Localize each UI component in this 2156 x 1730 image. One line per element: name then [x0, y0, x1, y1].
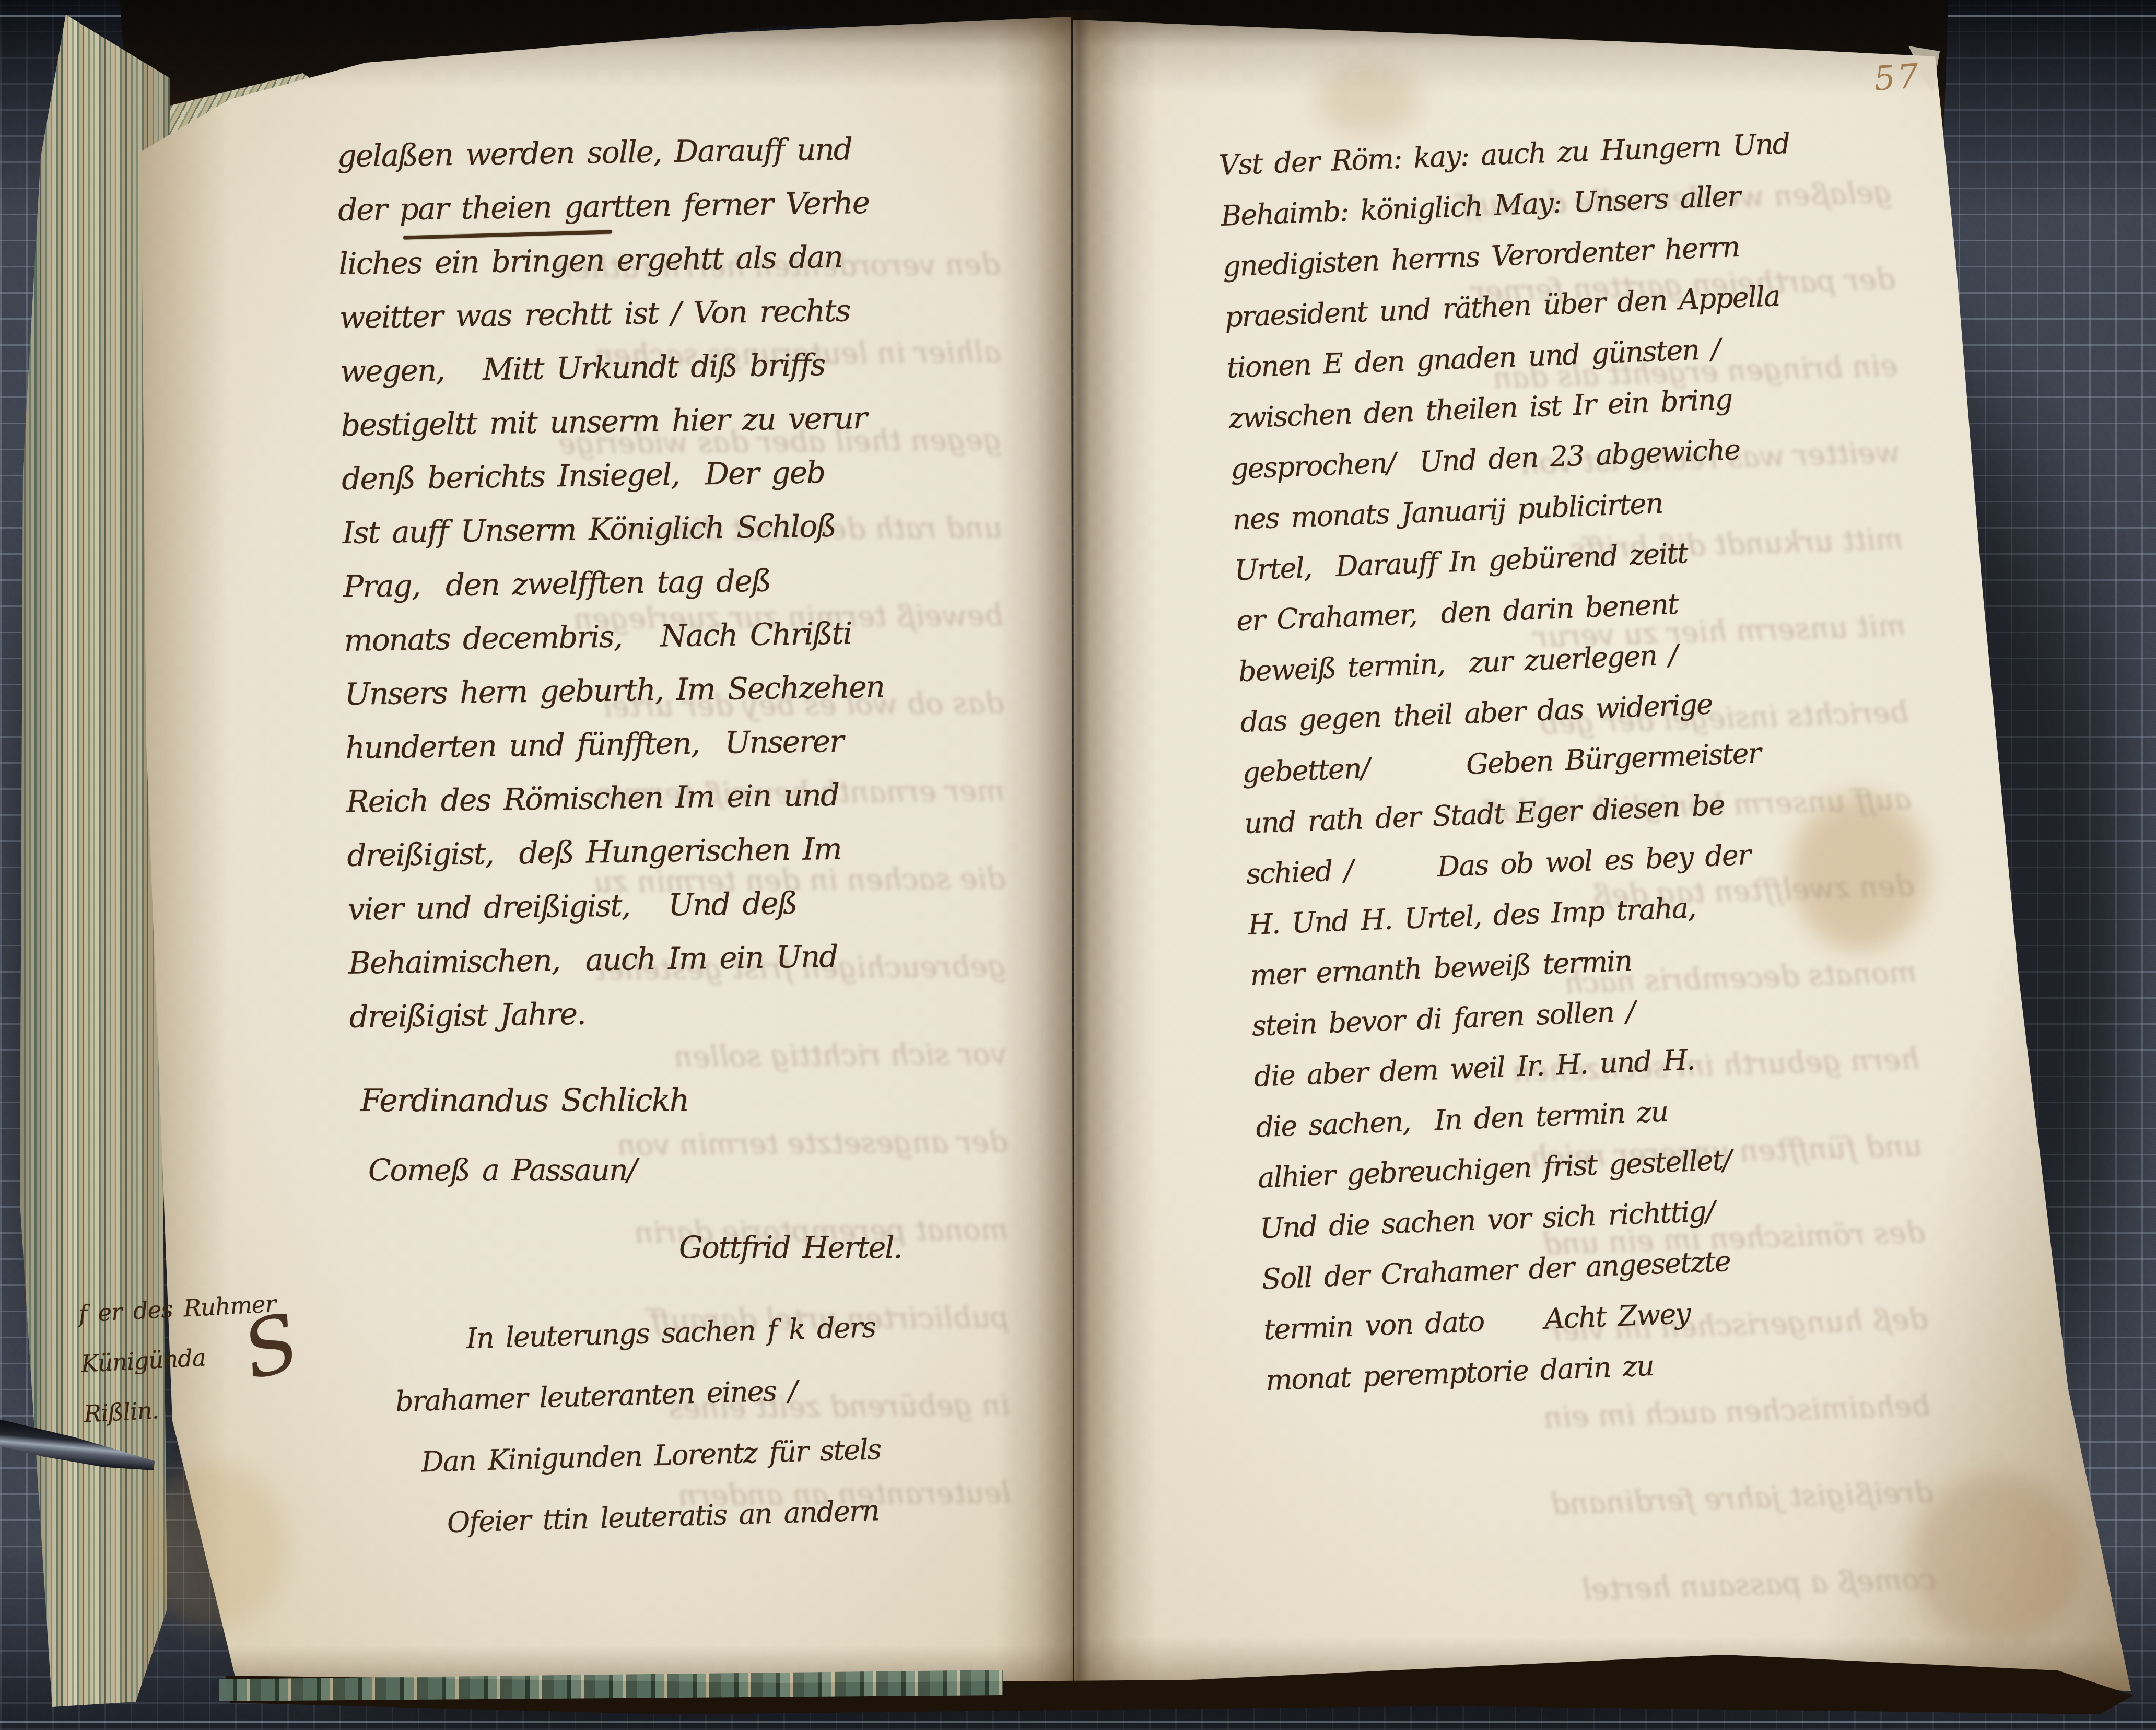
- manuscript-line: Ist auff Unserm Königlich Schloß: [342, 496, 1105, 560]
- margin-note: f er des RuhmerKünigündaRißlin.: [77, 1272, 408, 1440]
- manuscript-line: Reich des Römischen Im ein und: [346, 764, 1109, 828]
- right-page-text: Vst der Röm: kay: auch zu Hungern UndBeh…: [1218, 111, 2008, 1406]
- left-page-lower-paragraph: In leuterungs sachen f k dersbrahamer le…: [393, 1291, 1099, 1554]
- manuscript-line: weitter was rechtt ist / Von rechts: [339, 280, 1102, 345]
- manuscript-line: vier und dreißigist, Und deß: [347, 872, 1110, 936]
- manuscript-line: wegen, Mitt Urkundt diß briffs: [340, 334, 1103, 399]
- paper-stain: [1912, 1473, 2084, 1645]
- manuscript-line: Behaimischen, auch Im ein Und: [348, 926, 1111, 990]
- signature-line: Ferdinandus Schlickh: [360, 1082, 688, 1119]
- manuscript-line: monats decembris, Nach Chrißti: [344, 603, 1107, 668]
- manuscript-line: Unsers hern geburth, Im Sechzehen: [344, 657, 1107, 721]
- manuscript-line: Prag, den zwelfften tag deß: [343, 550, 1106, 614]
- manuscript-line: dreißigist Jahre.: [349, 979, 1112, 1044]
- manuscript-line: gelaßen werden solle, Darauff und: [337, 119, 1100, 183]
- countersignature: Gottfrid Hertel.: [679, 1231, 902, 1265]
- manuscript-line: hunderten und fünfften, Unserer: [345, 711, 1108, 775]
- signature-line: Comeß a Passaun/: [368, 1153, 636, 1188]
- manuscript-line: der par theien gartten ferner Verhe: [337, 173, 1100, 237]
- mat-grid-accent-line: [0, 1721, 2156, 1723]
- paper-stain: [1316, 63, 1421, 136]
- manuscript-line: bestigeltt mit unserm hier zu verur: [341, 388, 1104, 452]
- manuscript-line: denß berichts Insiegel, Der geb: [342, 442, 1105, 506]
- photograph-of-manuscript: den verordenten herrn räthenalhier in le…: [0, 0, 2156, 1730]
- left-page-text: gelaßen werden solle, Darauff undder par…: [337, 119, 1112, 1044]
- manuscript-line: dreißigist, deß Hungerischen Im: [347, 818, 1110, 882]
- folio-number: 57: [1873, 57, 1922, 99]
